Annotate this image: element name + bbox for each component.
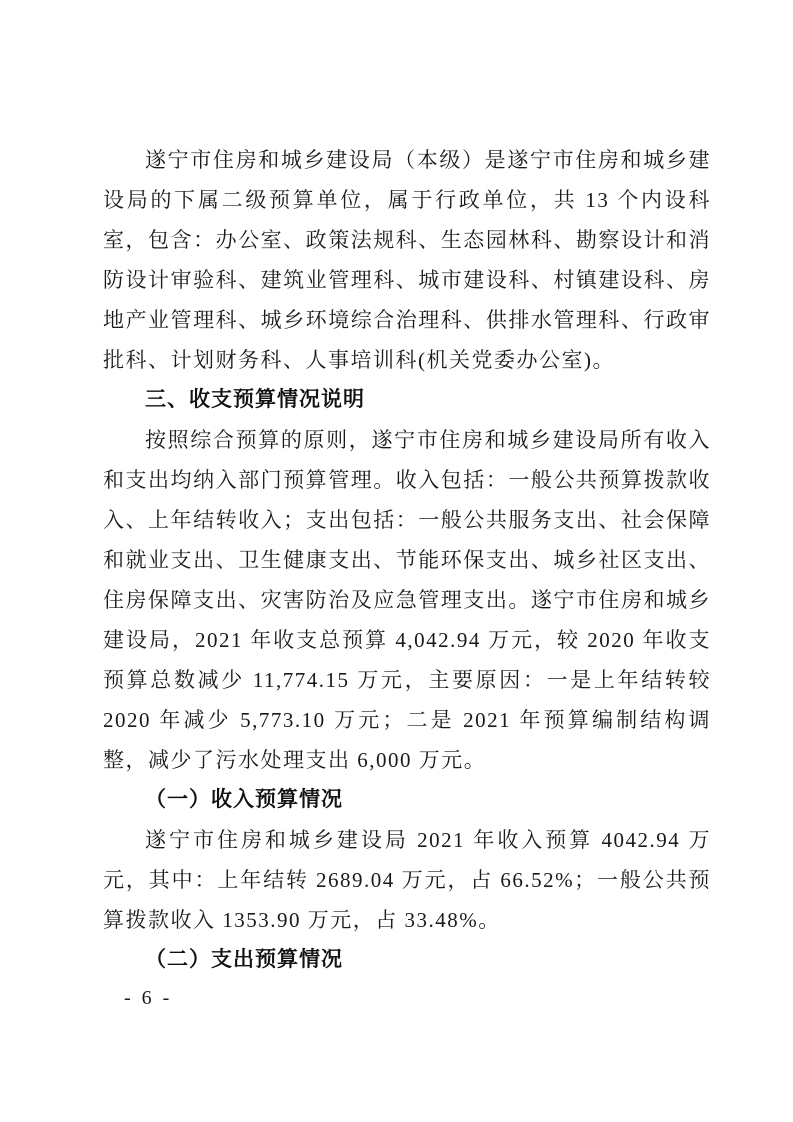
paragraph-income-budget-detail: 遂宁市住房和城乡建设局 2021 年收入预算 4042.94 万元，其中：上年结… <box>103 820 711 940</box>
paragraph-unit-overview: 遂宁市住房和城乡建设局（本级）是遂宁市住房和城乡建设局的下属二级预算单位，属于行… <box>103 140 711 380</box>
heading-income-budget: （一）收入预算情况 <box>103 780 711 820</box>
document-body: 遂宁市住房和城乡建设局（本级）是遂宁市住房和城乡建设局的下属二级预算单位，属于行… <box>103 140 711 980</box>
document-page: 遂宁市住房和城乡建设局（本级）是遂宁市住房和城乡建设局的下属二级预算单位，属于行… <box>0 0 793 1122</box>
heading-expenditure-budget: （二）支出预算情况 <box>103 940 711 980</box>
paragraph-budget-explanation: 按照综合预算的原则，遂宁市住房和城乡建设局所有收入和支出均纳入部门预算管理。收入… <box>103 420 711 780</box>
page-number: - 6 - <box>124 984 172 1012</box>
heading-section-three-budget-overview: 三、收支预算情况说明 <box>103 380 711 420</box>
